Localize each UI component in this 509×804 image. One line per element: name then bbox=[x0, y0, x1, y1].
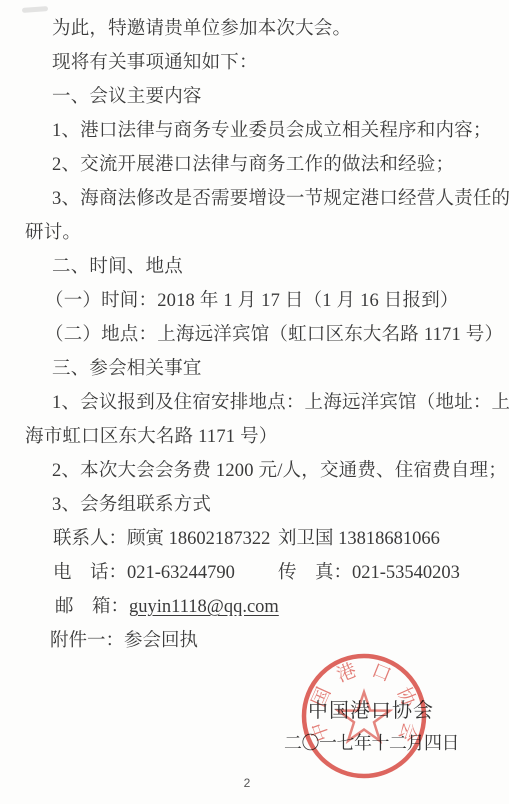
seal-char: 港 bbox=[334, 659, 360, 687]
document-line: 3、海商法修改是否需要增设一节规定港口经营人责任的 bbox=[0, 182, 509, 216]
contact-persons-line: 联系人：顾寅 18602187322 刘卫国 13818681066 bbox=[0, 522, 509, 556]
document-line: 三、参会相关事宜 bbox=[0, 352, 509, 386]
document-line: 1、港口法律与商务专业委员会成立相关程序和内容； bbox=[0, 114, 509, 148]
document-line: 2、本次大会会务费 1200 元/人，交通费、住宿费自理； bbox=[0, 454, 509, 488]
attachment-text: 附件一：参会回执 bbox=[50, 631, 198, 651]
document-line: 海市虹口区东大名路 1171 号） bbox=[0, 420, 509, 454]
document-line: 1、会议报到及住宿安排地点：上海远洋宾馆（地址：上 bbox=[0, 386, 509, 420]
document-line: 一、会议主要内容 bbox=[0, 80, 509, 114]
phone-number: 电 话：021-63244790 bbox=[53, 556, 278, 590]
attachment-line: 附件一：参会回执 bbox=[0, 624, 509, 658]
document-line: 研讨。 bbox=[0, 216, 509, 250]
signature-organization: 中国港口协会 bbox=[308, 694, 434, 723]
contact-person-2: 刘卫国 13818681066 bbox=[278, 522, 440, 556]
document-line: 为此，特邀请贵单位参加本次大会。 bbox=[0, 12, 509, 46]
document-line: 二、时间、地点 bbox=[0, 250, 509, 284]
email-address: guyin1118@qq.com bbox=[129, 597, 279, 617]
fax-number: 传 真：021-53540203 bbox=[278, 556, 460, 590]
email-line: 邮 箱：guyin1118@qq.com bbox=[0, 590, 509, 624]
phone-fax-line: 电 话：021-63244790 传 真：021-53540203 bbox=[0, 556, 509, 590]
document-line: （二）地点：上海远洋宾馆（虹口区东大名路 1171 号） bbox=[0, 318, 509, 352]
signature-date: 二〇一七年十二月四日 bbox=[284, 729, 459, 755]
scanned-document-page: 为此，特邀请贵单位参加本次大会。现将有关事项通知如下：一、会议主要内容1、港口法… bbox=[0, 0, 509, 804]
contact-person-1: 联系人：顾寅 18602187322 bbox=[53, 522, 278, 556]
document-line: 现将有关事项通知如下： bbox=[0, 46, 509, 80]
document-body: 为此，特邀请贵单位参加本次大会。现将有关事项通知如下：一、会议主要内容1、港口法… bbox=[0, 12, 509, 658]
document-line: （一）时间：2018 年 1 月 17 日（1 月 16 日报到） bbox=[0, 284, 509, 318]
email-label: 邮 箱： bbox=[55, 597, 129, 617]
document-lines: 为此，特邀请贵单位参加本次大会。现将有关事项通知如下：一、会议主要内容1、港口法… bbox=[0, 12, 509, 522]
document-line: 2、交流开展港口法律与商务工作的做法和经验； bbox=[0, 148, 509, 182]
page-number: 2 bbox=[238, 776, 256, 790]
document-line: 3、会务组联系方式 bbox=[0, 488, 509, 522]
seal-char: 口 bbox=[368, 660, 393, 687]
